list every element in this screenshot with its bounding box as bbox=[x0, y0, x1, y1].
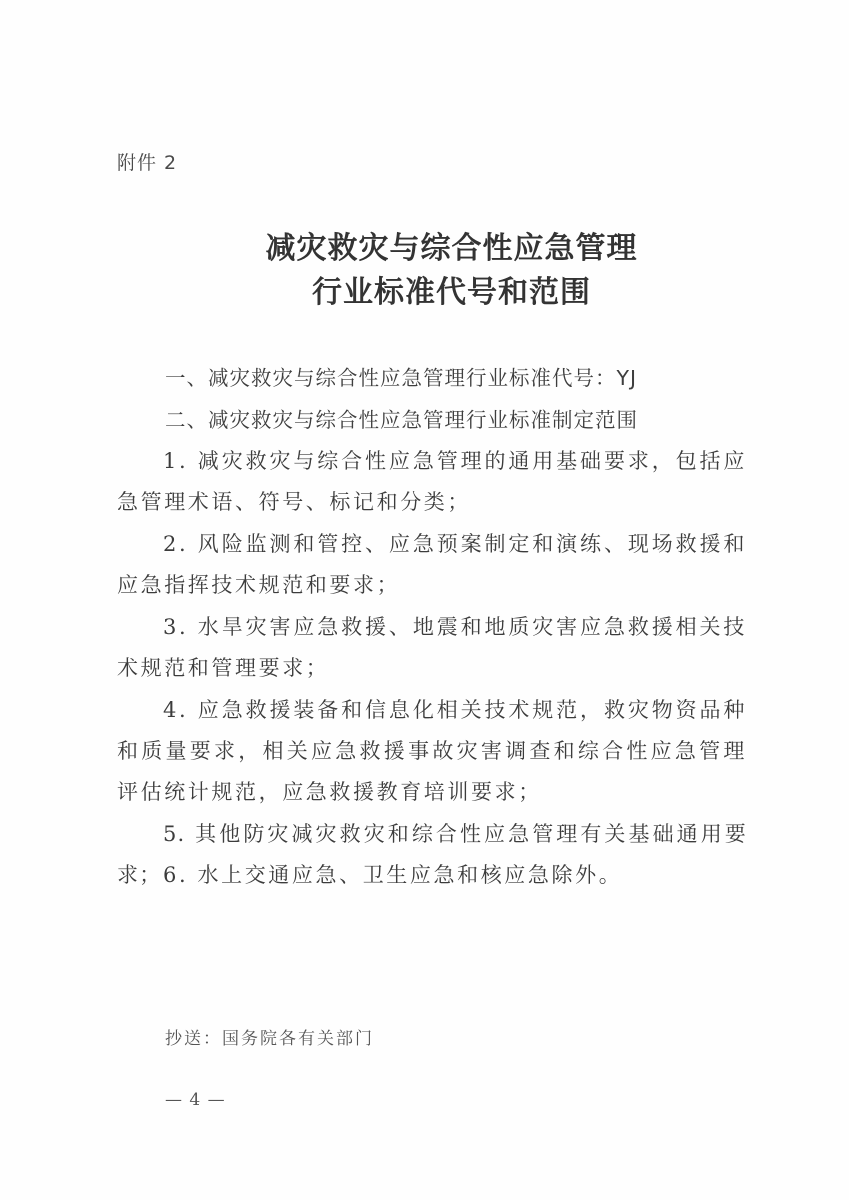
scope-item-1: 1. 减灾救灾与综合性应急管理的通用基础要求，包括应急管理术语、符号、标记和分类… bbox=[117, 441, 747, 523]
section-heading-code: 一、减灾救灾与综合性应急管理行业标准代号：YJ bbox=[165, 361, 637, 391]
scope-item-3: 3. 水旱灾害应急救援、地震和地质灾害应急救援相关技术规范和管理要求； bbox=[117, 607, 747, 689]
attachment-label: 附件 2 bbox=[117, 148, 177, 175]
scope-item-4: 4. 应急救援装备和信息化相关技术规范，救灾物资品种和质量要求，相关应急救援事故… bbox=[117, 690, 747, 813]
cc-recipients: 抄送：国务院各有关部门 bbox=[165, 1024, 374, 1049]
scope-item-2: 2. 风险监测和管控、应急预案制定和演练、现场救援和应急指挥技术规范和要求； bbox=[117, 524, 747, 606]
document-title-line-1: 减灾救灾与综合性应急管理 bbox=[27, 223, 849, 267]
document-page: 附件 2 减灾救灾与综合性应急管理 行业标准代号和范围 一、减灾救灾与综合性应急… bbox=[0, 0, 849, 1200]
page-number: — 4 — bbox=[165, 1090, 226, 1110]
scope-item-6: 6. 水上交通应急、卫生应急和核应急除外。 bbox=[117, 855, 747, 896]
section-heading-scope: 二、减灾救灾与综合性应急管理行业标准制定范围 bbox=[165, 403, 638, 433]
document-title-line-2: 行业标准代号和范围 bbox=[27, 267, 849, 311]
